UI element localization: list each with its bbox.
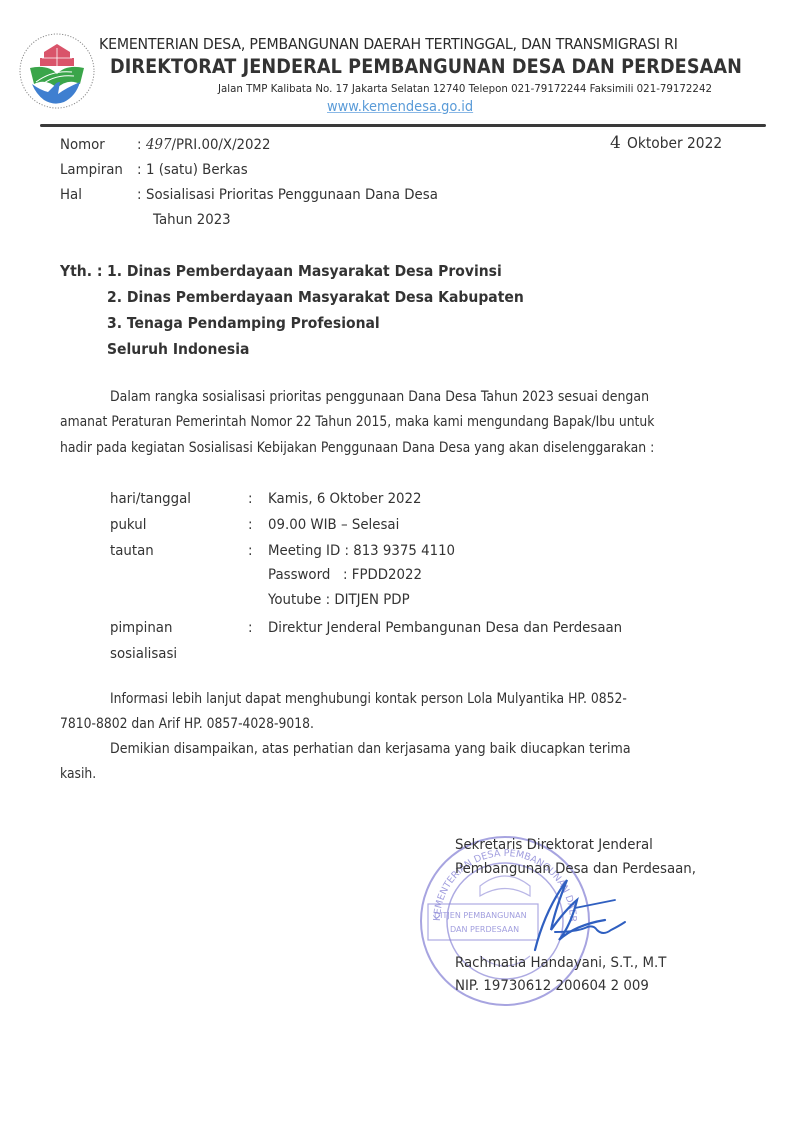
recipient-item: 3. Tenaga Pendamping Profesional (107, 314, 380, 332)
detail-label-leader-cont: sosialisasi (110, 646, 177, 662)
intro-paragraph-line: amanat Peraturan Pemerintah Nomor 22 Tah… (60, 414, 654, 430)
detail-value-date: Kamis, 6 Oktober 2022 (268, 491, 422, 507)
closing-paragraph-line: Demikian disampaikan, atas perhatian dan… (110, 741, 631, 757)
detail-value-youtube: Youtube : DITJEN PDP (268, 592, 410, 608)
ministry-name: KEMENTERIAN DESA, PEMBANGUNAN DAERAH TER… (99, 35, 678, 53)
lampiran-colon: : (137, 162, 141, 178)
detail-value-time: 09.00 WIB – Selesai (268, 517, 399, 533)
detail-value-password: Password : FPDD2022 (268, 567, 422, 583)
signatory-nip: NIP. 19730612 200604 2 009 (455, 978, 649, 994)
directorate-name: DIREKTORAT JENDERAL PEMBANGUNAN DESA DAN… (110, 55, 742, 78)
detail-colon: : (248, 491, 252, 507)
closing-paragraph-line: kasih. (60, 766, 96, 782)
contact-paragraph-line: 7810-8802 dan Arif HP. 0857-4028-9018. (60, 716, 314, 732)
detail-label-leader: pimpinan (110, 620, 172, 636)
recipient-prefix: Yth. : (60, 262, 102, 280)
detail-value-meeting-id: Meeting ID : 813 9375 4110 (268, 543, 455, 559)
letter-number-suffix: /PRI.00/X/2022 (171, 137, 270, 153)
recipient-item: 2. Dinas Pemberdayaan Masyarakat Desa Ka… (107, 288, 524, 306)
hal-label: Hal (60, 187, 82, 203)
intro-paragraph-line: hadir pada kegiatan Sosialisasi Kebijaka… (60, 440, 654, 456)
handwritten-date-day: 4 (610, 133, 621, 153)
lampiran-label: Lampiran (60, 162, 123, 178)
intro-paragraph-line: Dalam rangka sosialisasi prioritas pengg… (110, 389, 649, 405)
hal-value-line1: Sosialisasi Prioritas Penggunaan Dana De… (146, 187, 438, 203)
recipient-item: Seluruh Indonesia (107, 340, 249, 358)
letterhead-divider (40, 124, 766, 127)
lampiran-value: 1 (satu) Berkas (146, 162, 248, 178)
detail-label-date: hari/tanggal (110, 491, 191, 507)
nomor-colon: : (137, 137, 141, 153)
kemendesa-logo-icon (18, 30, 96, 112)
svg-text:DAN PERDESAAN: DAN PERDESAAN (450, 925, 519, 934)
detail-colon: : (248, 517, 252, 533)
hal-colon: : (137, 187, 141, 203)
letterhead-address: Jalan TMP Kalibata No. 17 Jakarta Selata… (218, 82, 712, 95)
detail-label-time: pukul (110, 517, 146, 533)
detail-label-link: tautan (110, 543, 154, 559)
contact-paragraph-line: Informasi lebih lanjut dapat menghubungi… (110, 691, 627, 707)
handwritten-letter-number: 497 (146, 137, 171, 153)
handwritten-signature-icon (515, 870, 635, 960)
detail-colon: : (248, 543, 252, 559)
recipient-item: 1. Dinas Pemberdayaan Masyarakat Desa Pr… (107, 262, 502, 280)
signatory-position-line1: Sekretaris Direktorat Jenderal (455, 837, 653, 853)
svg-text:DITJEN PEMBANGUNAN: DITJEN PEMBANGUNAN (434, 911, 527, 920)
detail-value-leader: Direktur Jenderal Pembangunan Desa dan P… (268, 620, 622, 636)
website-link[interactable]: www.kemendesa.go.id (327, 99, 473, 115)
nomor-value: 497/PRI.00/X/2022 (146, 137, 271, 153)
letter-date: Oktober 2022 (627, 134, 722, 152)
nomor-label: Nomor (60, 137, 105, 153)
hal-value-line2: Tahun 2023 (153, 212, 231, 228)
detail-colon: : (248, 620, 252, 636)
signatory-name: Rachmatia Handayani, S.T., M.T (455, 955, 666, 971)
